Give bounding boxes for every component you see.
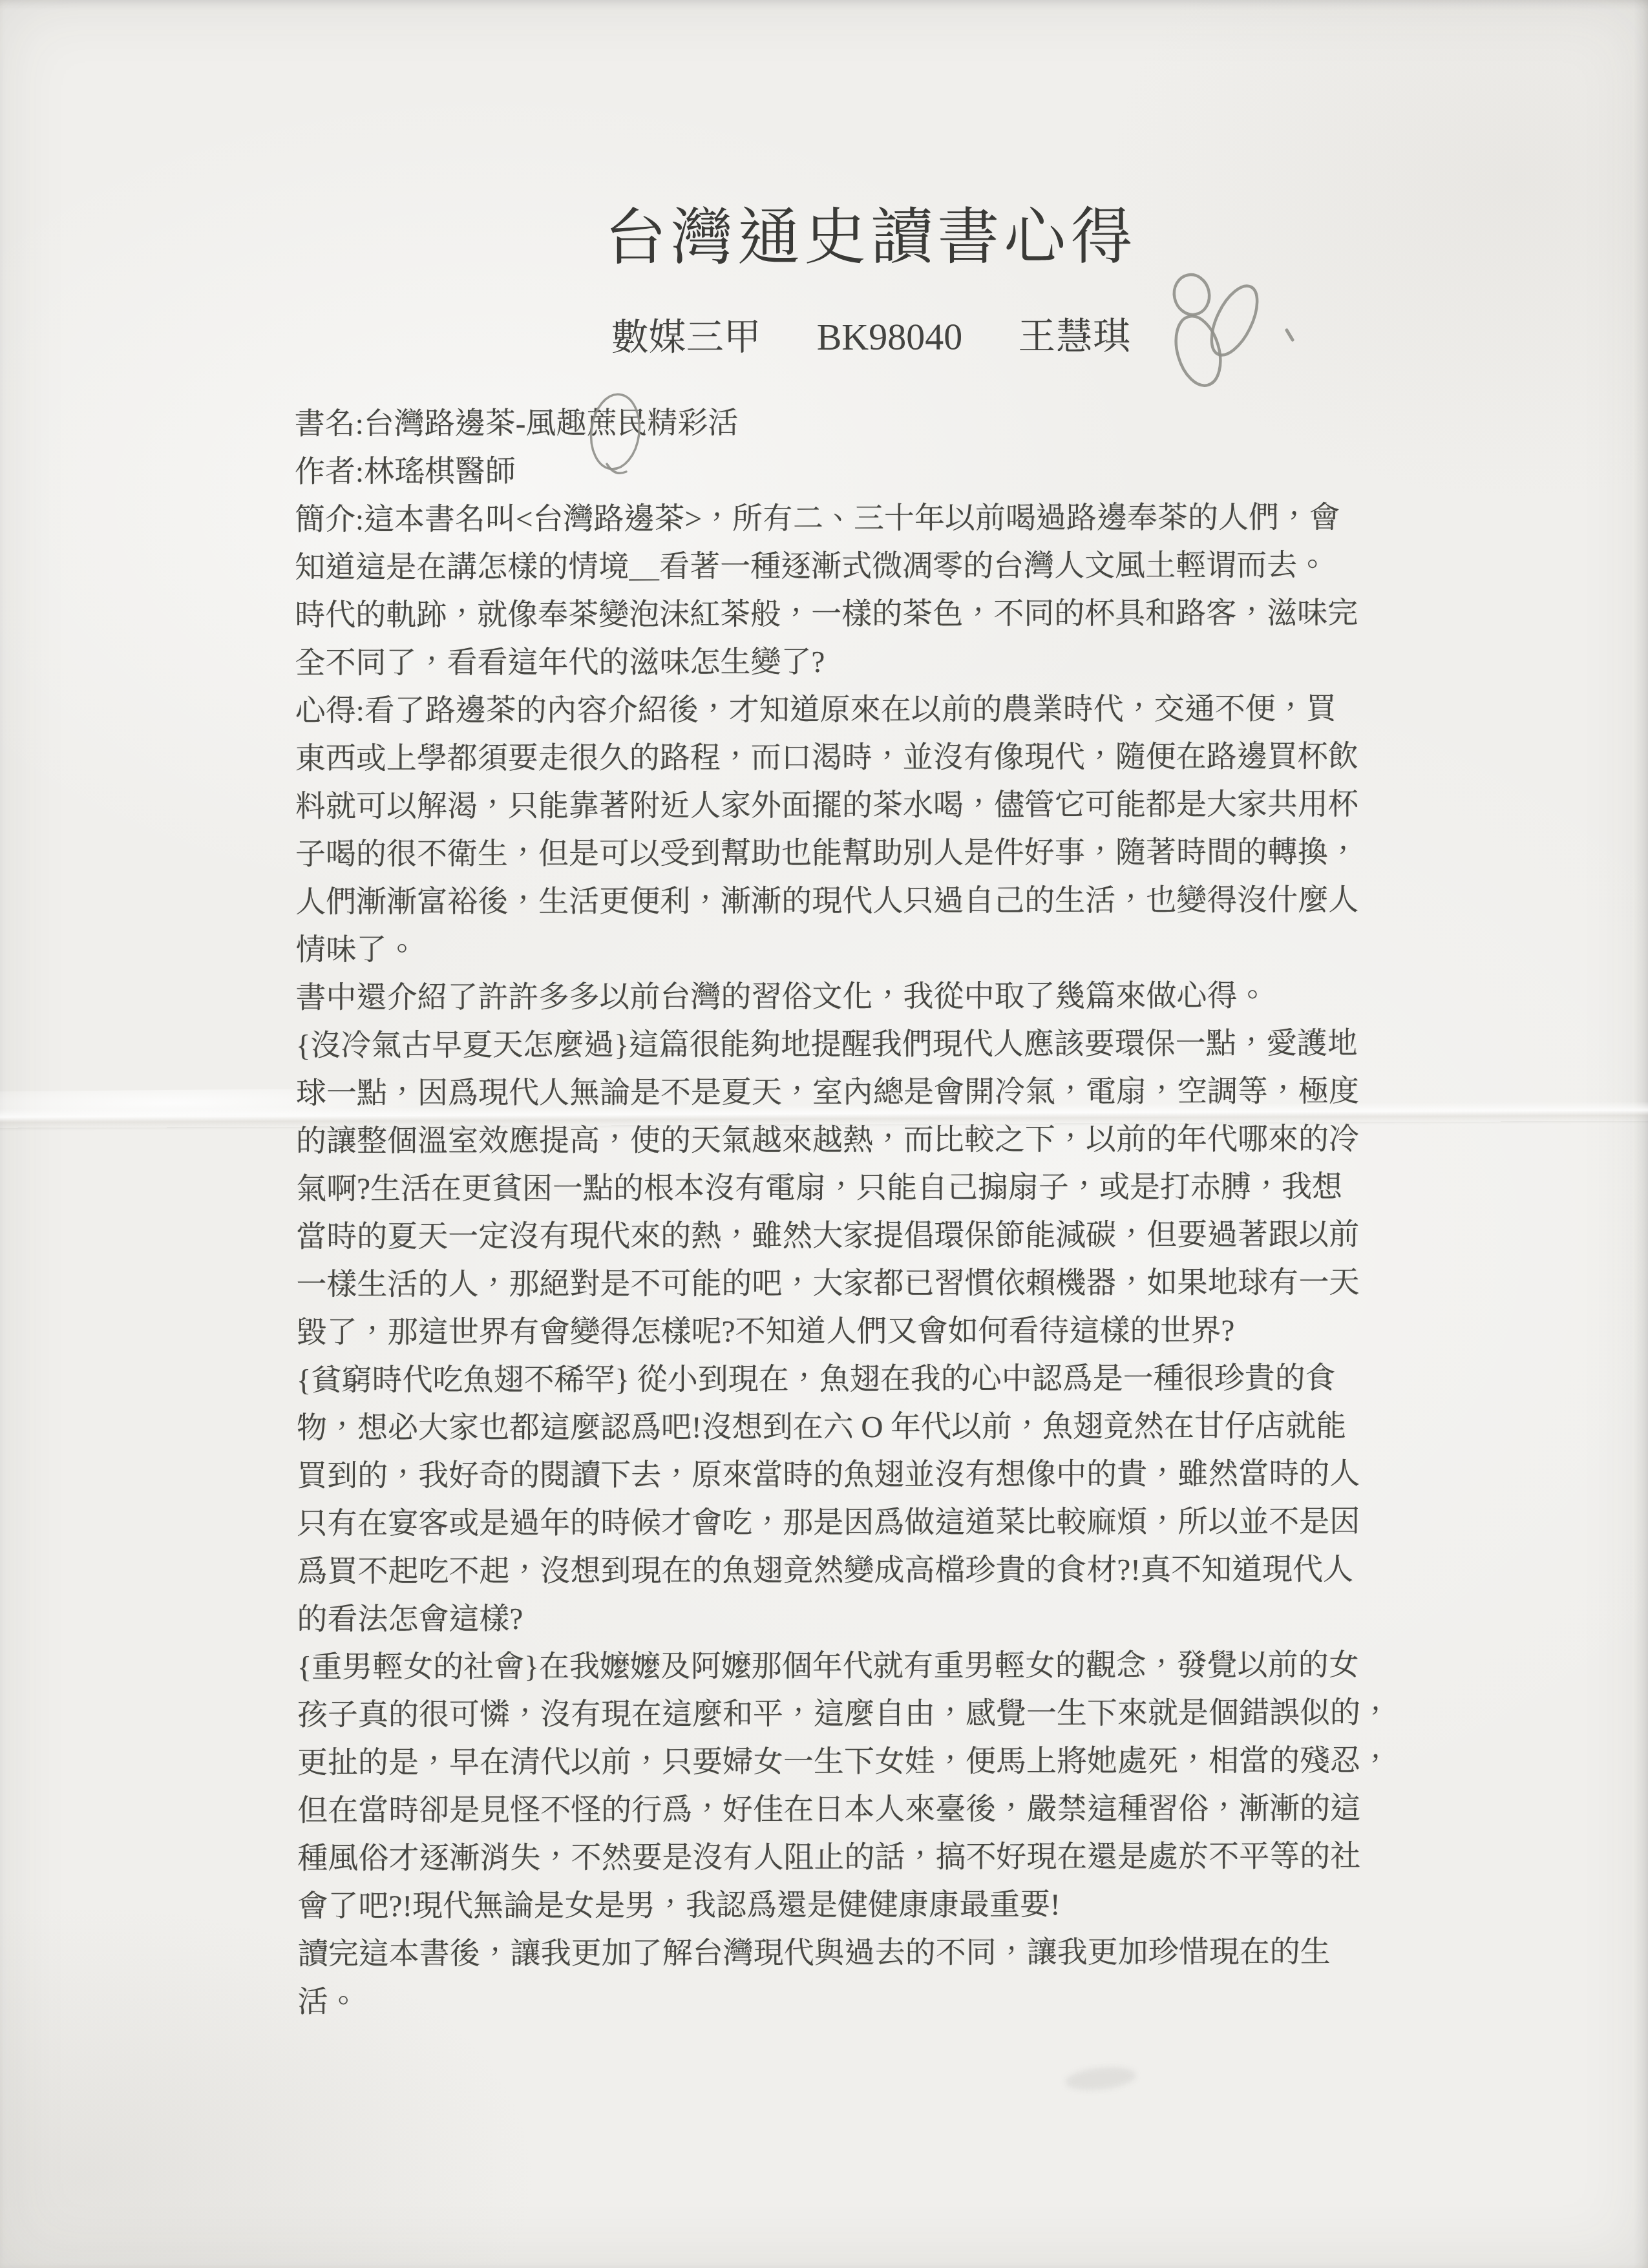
body-line: 但在當時卻是見怪不怪的行爲，好佳在日本人來臺後，嚴禁這種習俗，漸漸的這 [297,1785,1396,1835]
body-line: 球一點，因爲現代人無論是不是夏天，室內總是會開冷氣，電扇，空調等，極度 [296,1067,1395,1118]
body-line: 人們漸漸富裕後，生活更便利，漸漸的現代人只過自己的生活，也變得沒什麼人 [295,876,1394,927]
body-line: 物，想必大家也都這麼認爲吧!沒想到在六 O 年代以前，魚翅竟然在甘仔店就能 [297,1402,1395,1453]
body-line: 料就可以解渴，只能靠著附近人家外面擺的茶水喝，儘管它可能都是大家共用杯 [295,781,1394,831]
body-line: 心得:看了路邊茶的內容介紹後，才知道原來在以前的農業時代，交通不便，買 [295,685,1394,735]
body-line: 更扯的是，早在清代以前，只要婦女一生下女娃，便馬上將她處死，相當的殘忍， [297,1737,1396,1787]
body-line: 情味了。 [295,924,1394,974]
body-line: 種風俗才逐漸消失，不然要是沒有人阻止的話，搞不好現在還是處於不平等的社 [297,1832,1396,1883]
body-line: 氣啊?生活在更貧困一點的根本沒有電扇，只能自己搧扇子，或是打赤膊，我想 [296,1163,1395,1213]
body-line: 知道這是在講怎樣的情境＿看著一種逐漸式微凋零的台灣人文風土輕谓而去。 [295,541,1393,592]
body-line: 活。 [298,1976,1397,2026]
body-line: 東西或上學都須要走很久的路程，而口渴時，並沒有像現代，隨便在路邊買杯飲 [295,733,1394,783]
body-line: 爲買不起吃不起，沒想到現在的魚翅竟然變成高檔珍貴的食材?!真不知道現代人 [297,1546,1395,1596]
student-id: BK98040 [817,315,963,359]
body-line: 當時的夏天一定沒有現代來的熱，雖然大家提倡環保節能減碳，但要過著跟以前 [296,1211,1395,1261]
student-name: 王慧琪 [1018,306,1130,360]
body-line: 買到的，我好奇的閱讀下去，原來當時的魚翅並沒有想像中的貴，雖然當時的人 [297,1450,1395,1500]
body-line: 只有在宴客或是過年的時候才會吃，那是因爲做這道菜比較麻煩，所以並不是因 [297,1498,1395,1548]
body-line: 孩子真的很可憐，沒有現在這麼和平，這麼自由，感覺一生下來就是個錯誤似的， [297,1689,1396,1739]
body-line: 書中還介紹了許許多多以前台灣的習俗文化，我從中取了幾篇來做心得。 [295,972,1394,1022]
body-line: 會了吧?!現代無論是女是男，我認爲還是健健康康最重要! [297,1880,1396,1931]
body-line: 全不同了，看看這年代的滋味怎生變了? [295,637,1393,688]
body-line: 子喝的很不衛生，但是可以受到幫助也能幫助別人是件好事，隨著時間的轉換， [295,828,1394,879]
body-line: 讀完這本書後，讓我更加了解台灣現代與過去的不同，讓我更加珍惜現在的生 [298,1928,1397,1979]
body-line: 作者:林瑤棋醫師 [295,446,1393,496]
body-line: {重男輕女的社會}在我嬤嬤及阿嬤那個年代就有重男輕女的觀念，發覺以前的女 [297,1641,1396,1692]
body-line: 簡介:這本書名叫<台灣路邊茶>，所有二、三十年以前喝過路邊奉茶的人們，會 [295,494,1393,544]
body-line: 時代的軌跡，就像奉茶變泡沫紅茶般，一樣的茶色，不同的杯具和路客，滋味完 [295,589,1393,640]
body-line: 毀了，那這世界有會變得怎樣呢?不知道人們又會如何看待這樣的世界? [297,1307,1395,1357]
class-name: 數媒三甲 [611,306,761,361]
document-content: 台灣通史讀書心得 數媒三甲 BK98040 王慧琪 書名:台灣路邊茶-風趣蔗民精… [0,0,1648,2268]
body-line: 書名:台灣路邊茶-風趣蔗民精彩活 [295,398,1393,448]
body-line: {貧窮時代吃魚翅不稀罕} 從小到現在，魚翅在我的心中認爲是一種很珍貴的食 [297,1354,1395,1405]
report-title: 台灣通史讀書心得 [0,204,1646,272]
body-line: {沒冷氣古早夏天怎麼過}這篇很能夠地提醒我們現代人應該要環保一點，愛護地 [296,1020,1395,1070]
body-line: 一樣生活的人，那絕對是不可能的吧，大家都已習慣依賴機器，如果地球有一天 [296,1259,1395,1309]
body-line: 的看法怎會這樣? [297,1593,1395,1644]
body-line: 的讓整個溫室效應提高，使的天氣越來越熱，而比較之下，以前的年代哪來的冷 [296,1115,1395,1166]
scanned-document-page: { "report": { "title": "台灣通史讀書心得", "byli… [0,0,1648,2268]
report-body: 書名:台灣路邊茶-風趣蔗民精彩活作者:林瑤棋醫師簡介:這本書名叫<台灣路邊茶>，… [295,398,1397,2026]
byline: 數媒三甲 BK98040 王慧琪 [0,304,1646,362]
